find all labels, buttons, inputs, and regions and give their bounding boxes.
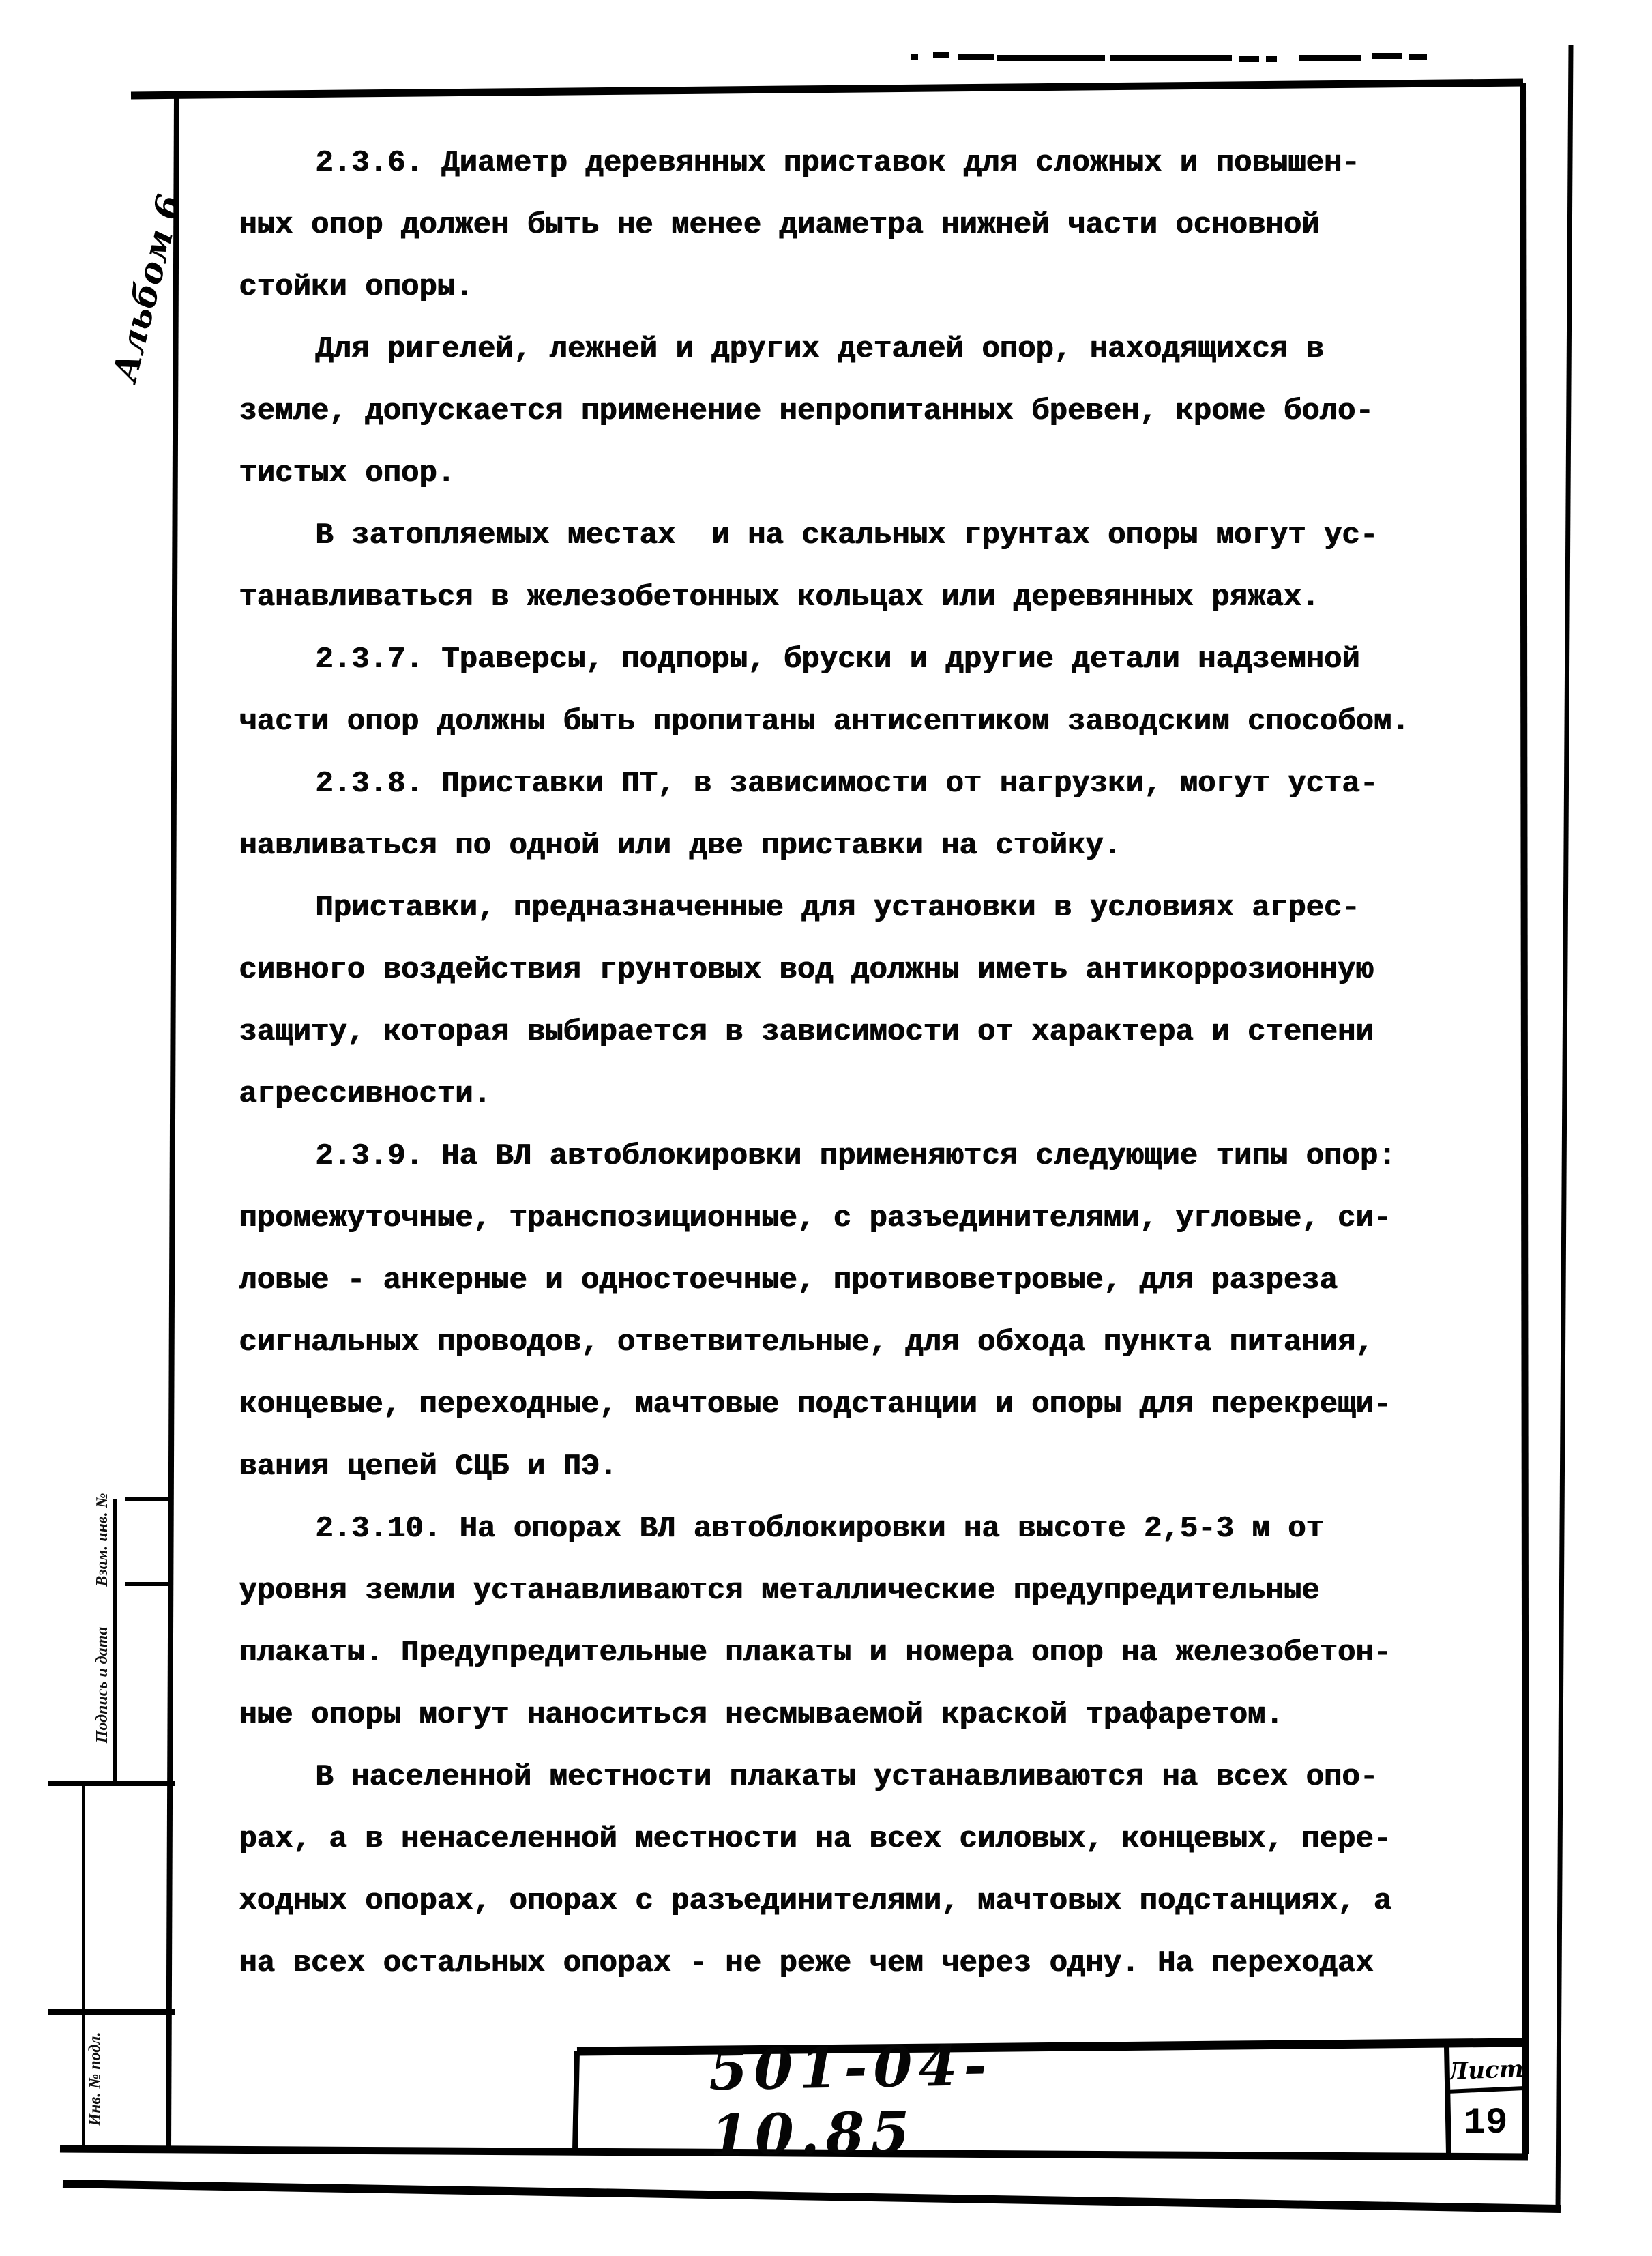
scan-artifact-dash xyxy=(1299,55,1361,61)
scanned-document-page: Альбом 6 Взам. инв. № Подпись и дата Инв… xyxy=(0,0,1652,2256)
body-line: концевые, переходные, мачтовые подстанци… xyxy=(239,1374,1473,1436)
stamp-label-vzam-inv: Взам. инв. № xyxy=(58,1475,147,1605)
stamp-label-podpis-data: Подпись и дата xyxy=(7,1620,198,1750)
scan-artifact-dash xyxy=(958,54,994,60)
body-line: 2.3.8. Приставки ПТ, в зависимости от на… xyxy=(239,753,1473,815)
body-line: 2.3.7. Траверсы, подпоры, бруски и други… xyxy=(239,629,1473,691)
body-line: земле, допускается применение непропитан… xyxy=(239,381,1473,443)
body-line: защиту, которая выбирается в зависимости… xyxy=(239,1001,1473,1064)
body-line: части опор должны быть пропитаны антисеп… xyxy=(239,691,1473,753)
body-line: Приставки, предназначенные для установки… xyxy=(239,877,1473,939)
body-line: В населенной местности плакаты устанавли… xyxy=(239,1746,1473,1808)
body-line: 2.3.10. На опорах ВЛ автоблокировки на в… xyxy=(239,1498,1473,1560)
body-line: ловые - анкерные и одностоечные, противо… xyxy=(239,1250,1473,1312)
body-line: на всех остальных опорах - не реже чем ч… xyxy=(239,1933,1473,1995)
stamp-column-tick xyxy=(48,1781,175,1786)
document-number: 501-04-10.85 xyxy=(709,2052,1188,2146)
sheet-number: 19 xyxy=(1449,2092,1522,2154)
scan-artifact-dash xyxy=(1372,53,1402,59)
body-text: 2.3.6. Диаметр деревянных приставок для … xyxy=(239,132,1473,1995)
body-line: стойки опоры. xyxy=(239,257,1473,319)
body-line: вания цепей СЦБ и ПЭ. xyxy=(239,1436,1473,1498)
body-line: агрессивности. xyxy=(239,1064,1473,1126)
scan-artifact-dash xyxy=(911,54,918,60)
body-line: Для ригелей, лежней и других деталей опо… xyxy=(239,319,1473,381)
scan-artifact-dash xyxy=(1409,54,1427,60)
body-line: плакаты. Предупредительные плакаты и ном… xyxy=(239,1622,1473,1684)
frame-line-top xyxy=(131,83,1523,96)
body-line: танавливаться в железобетонных кольцах и… xyxy=(239,567,1473,629)
body-line: тистых опор. xyxy=(239,443,1473,505)
scan-artifact-dash xyxy=(997,55,1105,61)
body-line: ные опоры могут наноситься несмываемой к… xyxy=(239,1684,1473,1746)
body-line: рах, а в ненаселенной местности на всех … xyxy=(239,1808,1473,1871)
body-line: сивного воздействия грунтовых вод должны… xyxy=(239,939,1473,1001)
page-edge-right xyxy=(1558,45,1571,2212)
body-line: В затопляемых местах и на скальных грунт… xyxy=(239,505,1473,567)
frame-line-bottom-outer xyxy=(63,2184,1561,2209)
body-line: ходных опорах, опорах с разъединителями,… xyxy=(239,1871,1473,1933)
body-line: навливаться по одной или две приставки н… xyxy=(239,815,1473,877)
scan-artifact-dash xyxy=(1110,55,1232,61)
stamp-label-inv-podl: Инв. № подл. xyxy=(26,2011,166,2148)
scan-artifact-dash xyxy=(1239,56,1259,62)
body-line: 2.3.6. Диаметр деревянных приставок для … xyxy=(239,132,1473,194)
title-block-left xyxy=(575,2051,577,2151)
body-line: уровня земли устанавливаются металлическ… xyxy=(239,1560,1473,1622)
frame-line-left xyxy=(168,96,177,2150)
scan-artifact-dash xyxy=(1266,56,1277,62)
body-line: промежуточные, транспозиционные, с разъе… xyxy=(239,1188,1473,1250)
body-line: 2.3.9. На ВЛ автоблокировки применяются … xyxy=(239,1126,1473,1188)
sheet-label: Лист xyxy=(1448,2049,1523,2092)
body-line: сигнальных проводов, ответвительные, для… xyxy=(239,1312,1473,1374)
body-line: ных опор должен быть не менее диаметра н… xyxy=(239,194,1473,257)
frame-line-right xyxy=(1523,83,1526,2154)
scan-artifact-dash xyxy=(933,52,949,58)
